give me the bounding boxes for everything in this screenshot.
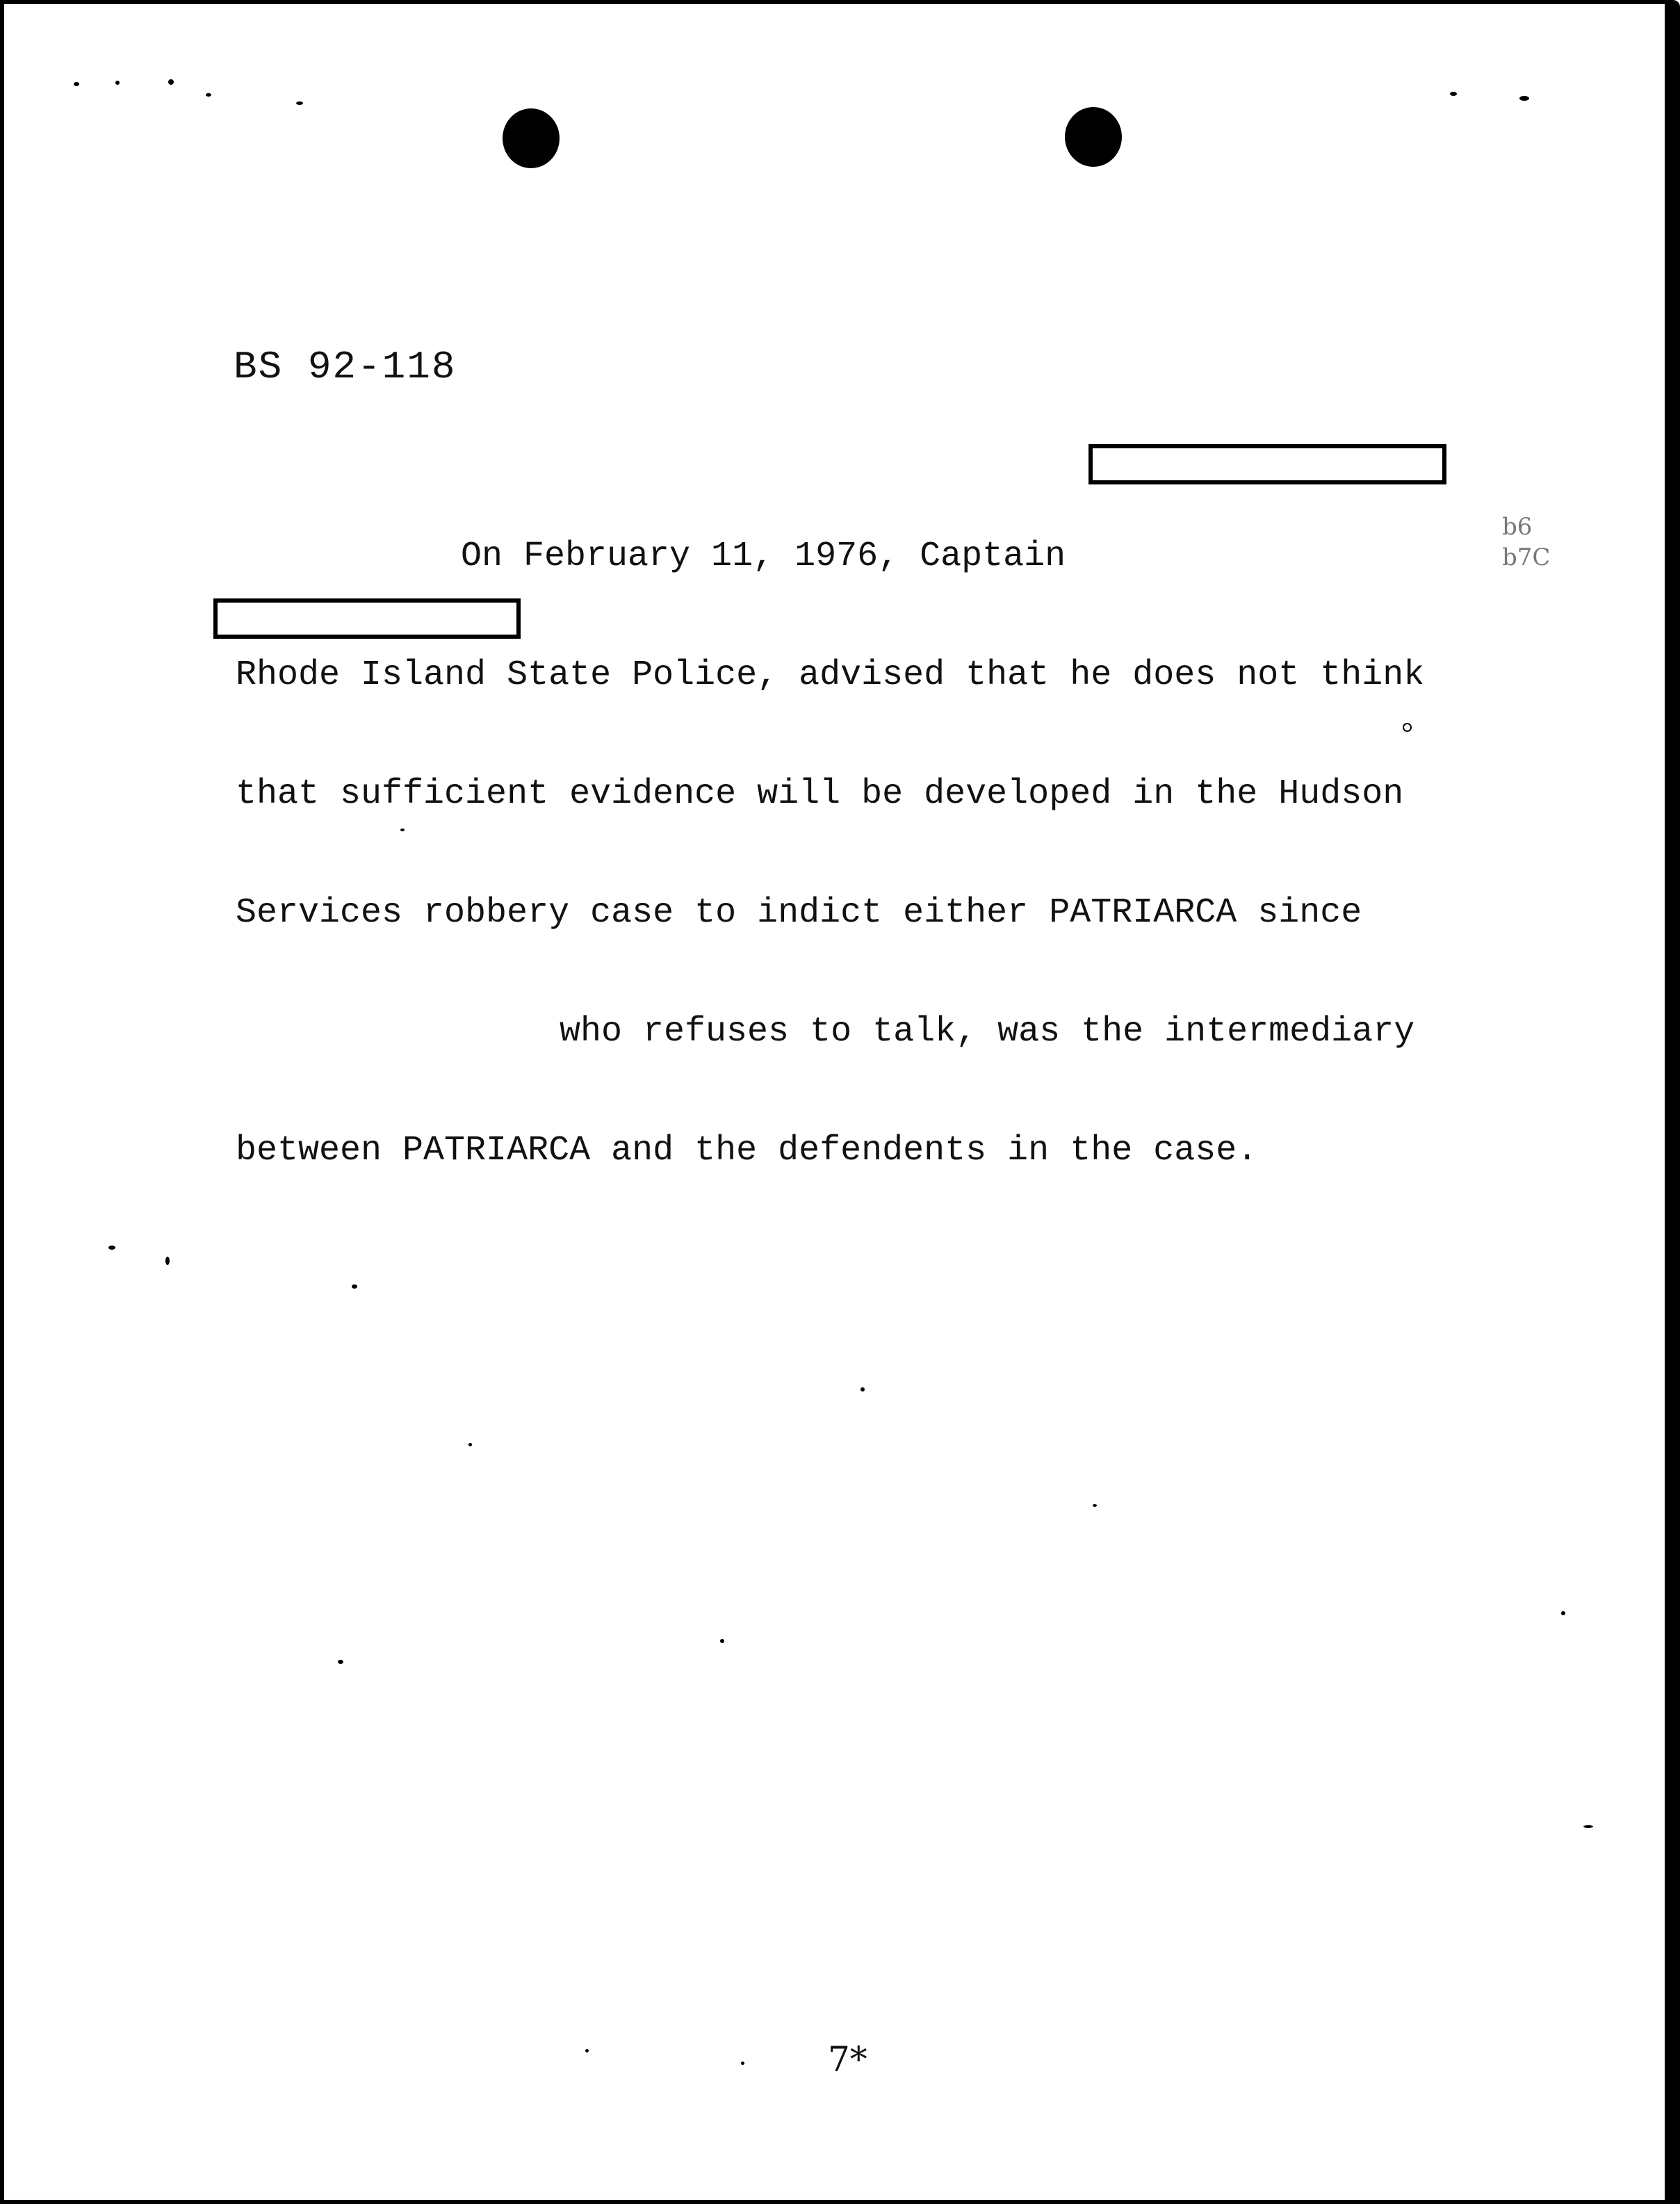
scan-speck xyxy=(115,81,120,85)
file-number: BS 92-118 xyxy=(234,345,456,389)
exemption-b6: b6 xyxy=(1502,513,1532,541)
paragraph-line-4: Services robbery case to indict either P… xyxy=(236,893,1424,933)
paragraph-line-1: On February 11, 1976, Captain xyxy=(236,537,1424,576)
scan-speck xyxy=(1403,723,1412,732)
foia-exemption-codes: b6 b7C xyxy=(1502,512,1550,573)
scan-speck xyxy=(861,1387,865,1391)
paragraph-line-5: who refuses to talk, was the intermediar… xyxy=(236,1012,1424,1052)
page-number: 7* xyxy=(828,2039,867,2080)
scan-speck xyxy=(1561,1611,1565,1615)
scan-speck xyxy=(741,2062,744,2065)
scan-speck xyxy=(468,1443,472,1446)
scan-speck xyxy=(206,93,211,97)
exemption-b7c: b7C xyxy=(1502,544,1550,571)
scan-speck xyxy=(168,79,174,85)
scan-speck xyxy=(74,82,79,86)
scan-speck xyxy=(165,1257,170,1265)
paragraph-line-2: Rhode Island State Police, advised that … xyxy=(236,655,1424,695)
line-1-text: On February 11, 1976, Captain xyxy=(461,537,1066,576)
scan-speck xyxy=(585,2049,589,2052)
scan-speck xyxy=(1583,1825,1593,1828)
punch-hole-right xyxy=(1065,107,1122,167)
document-page: BS 92-118 On February 11, 1976, Captain … xyxy=(0,0,1680,2204)
scan-speck xyxy=(296,101,303,105)
redaction-box-captain-name xyxy=(1088,444,1446,484)
scan-speck xyxy=(400,828,405,831)
scan-speck xyxy=(1519,96,1529,101)
scan-speck xyxy=(108,1246,115,1250)
redaction-box-intermediary-name xyxy=(213,598,521,639)
scan-speck xyxy=(1093,1504,1097,1507)
punch-hole-left xyxy=(503,108,560,168)
paragraph-line-6: between PATRIARCA and the defendents in … xyxy=(236,1131,1424,1170)
scan-speck xyxy=(338,1660,343,1664)
body-paragraph: On February 11, 1976, Captain Rhode Isla… xyxy=(236,457,1424,1250)
scan-speck xyxy=(352,1284,357,1289)
scan-speck xyxy=(1450,92,1457,96)
paragraph-line-3: that sufficient evidence will be develop… xyxy=(236,774,1424,814)
line-5-text: who refuses to talk, was the intermediar… xyxy=(560,1012,1414,1052)
scan-speck xyxy=(720,1639,724,1643)
